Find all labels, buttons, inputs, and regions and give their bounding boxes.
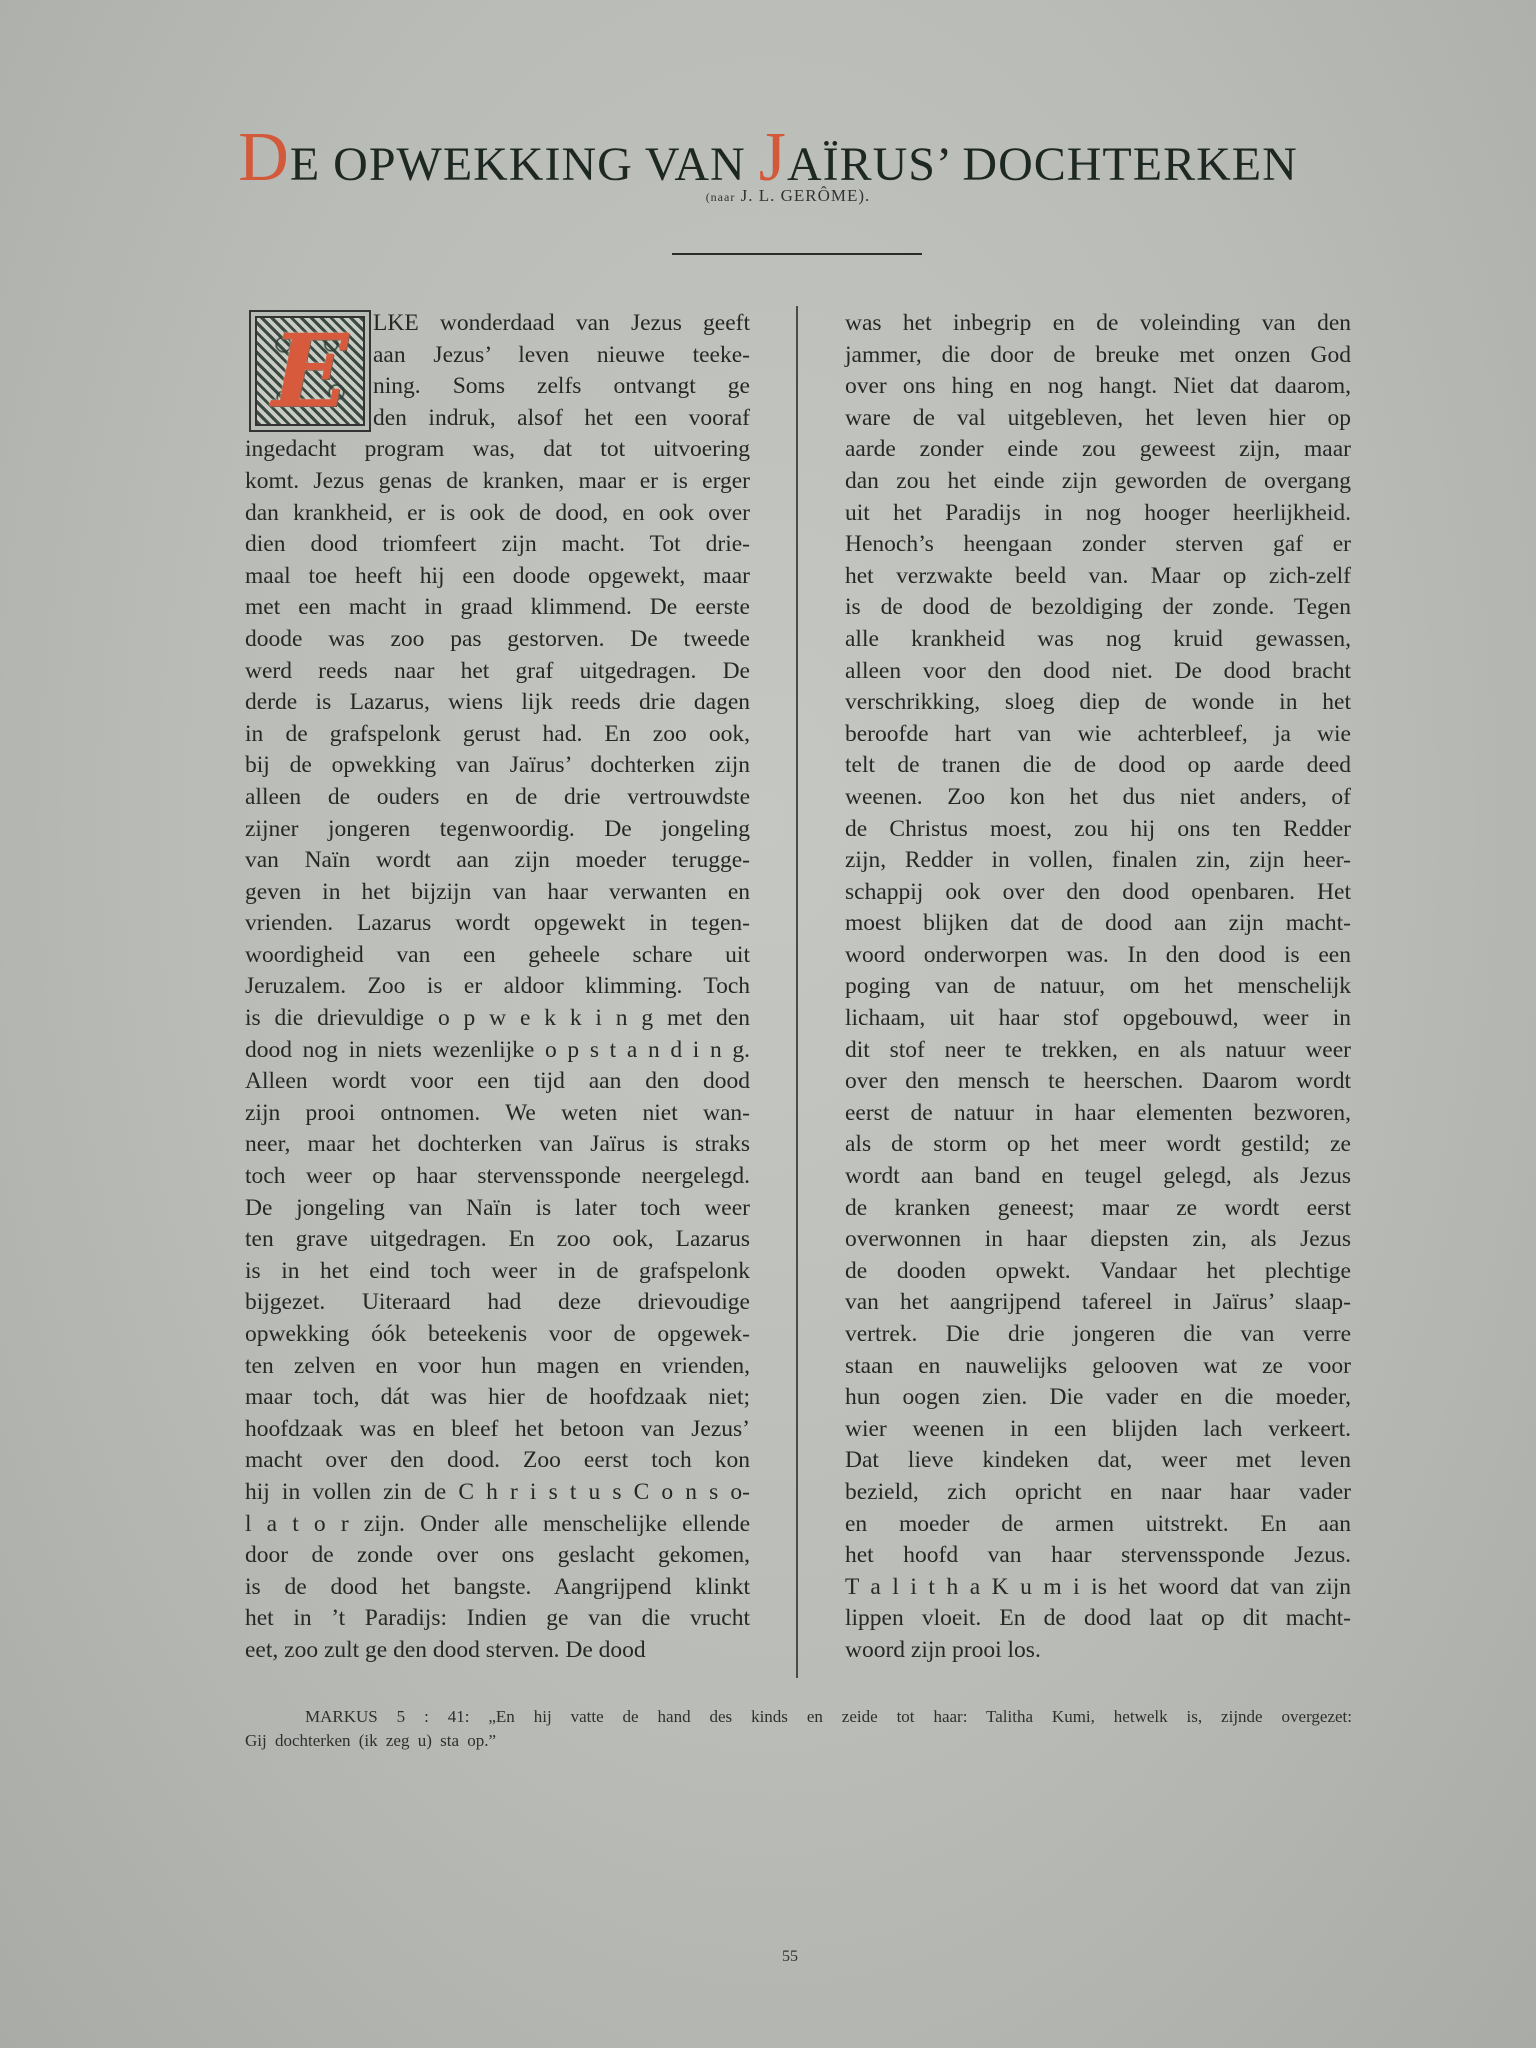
text-line: moest blijken dat de dood aan zijn macht… (845, 908, 1351, 940)
column-divider (796, 306, 798, 1678)
text-line: alleen voor den dood niet. De dood brach… (845, 656, 1351, 688)
title-initial-j: J (759, 119, 787, 196)
text-line: toch weer op haar stervenssponde neergel… (245, 1161, 750, 1193)
text-line: ingedacht program was, dat tot uitvoerin… (245, 434, 750, 466)
text-line: ten zelven en voor hun magen en vrienden… (245, 1351, 750, 1383)
text-line: beroofde hart van wie achterbleef, ja wi… (845, 719, 1351, 751)
text-line: Alleen wordt voor een tijd aan den dood (245, 1066, 750, 1098)
footnote-line-2: Gij dochterken (ik zeg u) sta op.” (245, 1729, 1352, 1753)
text-column-left: LKE wonderdaad van Jezus geeftaan Jezus’… (245, 308, 750, 1667)
book-page: DE OPWEKKING VAN JAÏRUS’ DOCHTERKEN (naa… (0, 0, 1536, 2048)
text-line: weenen. Zoo kon het dus niet anders, of (845, 782, 1351, 814)
text-line: jammer, die door de breuke met onzen God (845, 340, 1351, 372)
text-line: Jeruzalem. Zoo is er aldoor klimming. To… (245, 971, 750, 1003)
text-line: dan zou het einde zijn geworden de overg… (845, 466, 1351, 498)
text-line: het hoofd van haar stervenssponde Jezus. (845, 1540, 1351, 1572)
text-line: alle krankheid was nog kruid gewassen, (845, 624, 1351, 656)
text-line: maal toe heeft hij een doode opgewekt, m… (245, 561, 750, 593)
text-line: l a t o r zijn. Onder alle menschelijke … (245, 1509, 750, 1541)
text-line: de kranken geneest; maar ze wordt eerst (845, 1193, 1351, 1225)
text-line: de Christus moest, zou hij ons ten Redde… (845, 814, 1351, 846)
text-line: overwonnen in haar diepsten zin, als Jez… (845, 1224, 1351, 1256)
text-line: Dat lieve kindeken dat, weer met leven (845, 1445, 1351, 1477)
text-line: zijn prooi ontnomen. We weten niet wan- (245, 1098, 750, 1130)
text-line: was het inbegrip en de voleinding van de… (845, 308, 1351, 340)
title-initial-d: D (238, 119, 290, 196)
text-line: ware de val uitgebleven, het leven hier … (845, 403, 1351, 435)
text-line: van Naïn wordt aan zijn moeder terugge- (245, 845, 750, 877)
text-line: De jongeling van Naïn is later toch weer (245, 1193, 750, 1225)
text-line: lichaam, uit haar stof opgebouwd, weer i… (845, 1003, 1351, 1035)
title-text-part-1: E OPWEKKING VAN (290, 138, 759, 191)
text-line: bijgezet. Uiteraard had deze drievoudige (245, 1287, 750, 1319)
text-line: wier weenen in een blijden lach verkeert… (845, 1414, 1351, 1446)
text-line: vertrek. Die drie jongeren die van verre (845, 1319, 1351, 1351)
title-text-part-2: AÏRUS’ DOCHTERKEN (787, 138, 1298, 191)
text-line: met een macht in graad klimmend. De eers… (245, 592, 750, 624)
footnote-line-1: MARKUS 5 : 41: „En hij vatte de hand des… (245, 1705, 1352, 1729)
text-line: is de dood de bezoldiging der zonde. Teg… (845, 592, 1351, 624)
text-line: maar toch, dát was hier de hoofdzaak nie… (245, 1382, 750, 1414)
text-line: alleen de ouders en de drie vertrouwdste (245, 782, 750, 814)
text-line: lippen vloeit. En de dood laat op dit ma… (845, 1603, 1351, 1635)
text-line: LKE wonderdaad van Jezus geeft (245, 308, 750, 340)
text-line: de dooden opwekt. Vandaar het plechtige (845, 1256, 1351, 1288)
text-line: woord onderworpen was. In den dood is ee… (845, 940, 1351, 972)
text-line: het in ’t Paradijs: Indien ge van die vr… (245, 1603, 750, 1635)
text-line: wordt aan band en teugel gelegd, als Jez… (845, 1161, 1351, 1193)
text-line: is die drievuldige o p w e k k i n g met… (245, 1003, 750, 1035)
text-line: in de grafspelonk gerust had. En zoo ook… (245, 719, 750, 751)
text-line: derde is Lazarus, wiens lijk reeds drie … (245, 687, 750, 719)
text-line: hij in vollen zin de C h r i s t u s C o… (245, 1477, 750, 1509)
text-line: vrienden. Lazarus wordt opgewekt in tege… (245, 908, 750, 940)
text-line: T a l i t h a K u m i is het woord dat v… (845, 1572, 1351, 1604)
text-line: is de dood het bangste. Aangrijpend klin… (245, 1572, 750, 1604)
text-line: uit het Paradijs in nog hooger heerlijkh… (845, 498, 1351, 530)
text-line: dan krankheid, er is ook de dood, en ook… (245, 498, 750, 530)
subtitle-attribution: (naar J. L. GERÔME). (0, 186, 1536, 206)
subtitle-prefix: (naar (706, 190, 736, 204)
text-line: ten grave uitgedragen. En zoo ook, Lazar… (245, 1224, 750, 1256)
text-line: woordigheid van een geheele schare uit (245, 940, 750, 972)
text-line: van het aangrijpend tafereel in Jaïrus’ … (845, 1287, 1351, 1319)
text-line: zijn, Redder in vollen, finalen zin, zij… (845, 845, 1351, 877)
text-line: neer, maar het dochterken van Jaïrus is … (245, 1129, 750, 1161)
title-rule-divider (672, 253, 922, 255)
scripture-footnote: MARKUS 5 : 41: „En hij vatte de hand des… (245, 1705, 1352, 1753)
text-line: het verzwakte beeld van. Maar op zich-ze… (845, 561, 1351, 593)
text-line: werd reeds naar het graf uitgedragen. De (245, 656, 750, 688)
text-line: dit stof neer te trekken, en als natuur … (845, 1035, 1351, 1067)
text-line: geven in het bijzijn van haar verwanten … (245, 877, 750, 909)
text-line: den indruk, alsof het een vooraf (245, 403, 750, 435)
text-line: hoofdzaak was en bleef het betoon van Je… (245, 1414, 750, 1446)
text-line: opwekking óók beteekenis voor de opgewek… (245, 1319, 750, 1351)
text-line: eet, zoo zult ge den dood sterven. De do… (245, 1635, 750, 1667)
text-line: als de storm op het meer wordt gestild; … (845, 1129, 1351, 1161)
text-line: hun oogen zien. Die vader en die moeder, (845, 1382, 1351, 1414)
text-line: bij de opwekking van Jaïrus’ dochterken … (245, 750, 750, 782)
text-line: eerst de natuur in haar elementen bezwor… (845, 1098, 1351, 1130)
text-line: over den mensch te heerschen. Daarom wor… (845, 1066, 1351, 1098)
text-line: verschrikking, sloeg diep de wonde in he… (845, 687, 1351, 719)
text-line: macht over den dood. Zoo eerst toch kon (245, 1445, 750, 1477)
text-line: telt de tranen die de dood op aarde deed (845, 750, 1351, 782)
page-number: 55 (0, 1948, 1536, 1966)
text-line: zijner jongeren tegenwoordig. De jongeli… (245, 814, 750, 846)
text-line: komt. Jezus genas de kranken, maar er is… (245, 466, 750, 498)
text-line: schappij ook over den dood openbaren. He… (845, 877, 1351, 909)
text-line: doode was zoo pas gestorven. De tweede (245, 624, 750, 656)
text-line: Henoch’s heengaan zonder sterven gaf er (845, 529, 1351, 561)
text-line: aarde zonder einde zou geweest zijn, maa… (845, 434, 1351, 466)
subtitle-artist: J. L. GERÔME). (735, 186, 870, 205)
text-line: over ons hing en nog hangt. Niet dat daa… (845, 371, 1351, 403)
text-line: aan Jezus’ leven nieuwe teeke- (245, 340, 750, 372)
text-line: staan en nauwelijks gelooven wat ze voor (845, 1351, 1351, 1383)
text-line: is in het eind toch weer in de grafspelo… (245, 1256, 750, 1288)
text-line: dien dood triomfeert zijn macht. Tot dri… (245, 529, 750, 561)
text-line: poging van de natuur, om het menschelijk (845, 971, 1351, 1003)
text-line: ning. Soms zelfs ontvangt ge (245, 371, 750, 403)
text-line: woord zijn prooi los. (845, 1635, 1351, 1667)
text-line: door de zonde over ons geslacht gekomen, (245, 1540, 750, 1572)
text-line: dood nog in niets wezenlijke o p s t a n… (245, 1035, 750, 1067)
text-line: en moeder de armen uitstrekt. En aan (845, 1509, 1351, 1541)
text-line: bezield, zich opricht en naar haar vader (845, 1477, 1351, 1509)
text-column-right: was het inbegrip en de voleinding van de… (845, 308, 1351, 1667)
